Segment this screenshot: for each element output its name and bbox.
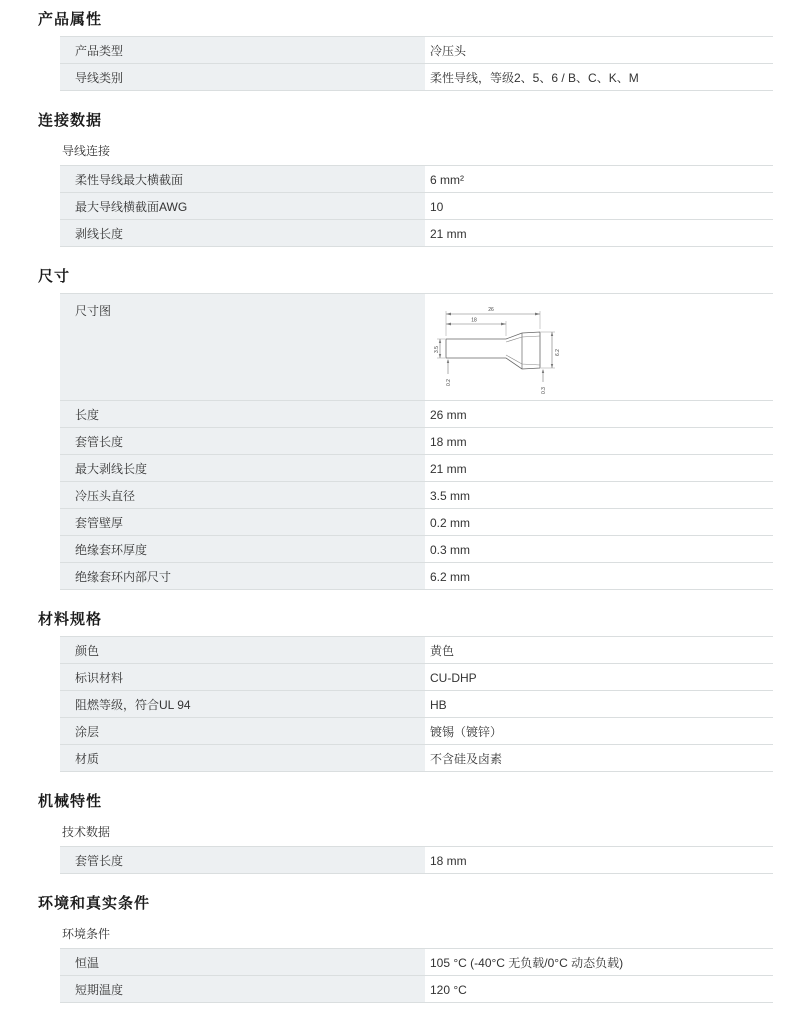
spec-label: 尺寸图	[60, 294, 425, 400]
table-row: 柔性导线最大横截面 6 mm²	[60, 166, 773, 193]
section-title: 环境和真实条件	[38, 892, 790, 913]
dim-collar-inner: 6.2	[555, 349, 561, 356]
spec-value: 0.2 mm	[425, 509, 773, 535]
section-title: 材料规格	[38, 608, 790, 629]
section-mechanical-properties: 机械特性 技术数据 套管长度 18 mm	[0, 790, 790, 874]
spec-label: 恒温	[60, 949, 425, 975]
table-row: 阻燃等级，符合UL 94 HB	[60, 691, 773, 718]
spec-label: 柔性导线最大横截面	[60, 166, 425, 192]
spec-value: 冷压头	[425, 37, 773, 63]
spec-label: 最大导线横截面AWG	[60, 193, 425, 219]
section-title: 产品属性	[38, 8, 790, 29]
spec-label: 标识材料	[60, 664, 425, 690]
spec-value: 3.5 mm	[425, 482, 773, 508]
spec-label: 最大剥线长度	[60, 455, 425, 481]
dim-crimp-diameter: 3.5	[434, 346, 440, 353]
spec-table: 柔性导线最大横截面 6 mm² 最大导线横截面AWG 10 剥线长度 21 mm	[60, 165, 773, 247]
spec-label: 涂层	[60, 718, 425, 744]
table-row: 剥线长度 21 mm	[60, 220, 773, 247]
spec-table: 颜色 黄色 标识材料 CU-DHP 阻燃等级，符合UL 94 HB 涂层 镀锡（…	[60, 636, 773, 772]
spec-label: 长度	[60, 401, 425, 427]
table-row: 长度 26 mm	[60, 401, 773, 428]
spec-label: 短期温度	[60, 976, 425, 1002]
dim-collar-wall: 0.3	[541, 387, 547, 394]
spec-label: 剥线长度	[60, 220, 425, 246]
diagram-row: 尺寸图 26	[60, 294, 773, 401]
table-row: 套管长度 18 mm	[60, 847, 773, 874]
spec-value: 120 °C	[425, 976, 773, 1002]
spec-label: 导线类别	[60, 64, 425, 90]
section-title: 尺寸	[38, 265, 790, 286]
subsection-heading: 环境条件	[62, 925, 790, 942]
spec-value: 6 mm²	[425, 166, 773, 192]
spec-value: 6.2 mm	[425, 563, 773, 589]
spec-value: 105 °C (-40°C 无负载/0°C 动态负载)	[425, 949, 773, 975]
section-connection-data: 连接数据 导线连接 柔性导线最大横截面 6 mm² 最大导线横截面AWG 10 …	[0, 109, 790, 247]
dim-sleeve-length: 18	[471, 318, 477, 324]
subsection-heading: 技术数据	[62, 823, 790, 840]
subsection-heading: 导线连接	[62, 142, 790, 159]
spec-table: 恒温 105 °C (-40°C 无负载/0°C 动态负载) 短期温度 120 …	[60, 948, 773, 1003]
spec-label: 绝缘套环内部尺寸	[60, 563, 425, 589]
section-title: 机械特性	[38, 790, 790, 811]
section-environmental-conditions: 环境和真实条件 环境条件 恒温 105 °C (-40°C 无负载/0°C 动态…	[0, 892, 790, 1003]
diagram-cell: 26 18 3.5 0.2	[425, 294, 773, 400]
table-row: 最大剥线长度 21 mm	[60, 455, 773, 482]
table-row: 冷压头直径 3.5 mm	[60, 482, 773, 509]
spec-value: HB	[425, 691, 773, 717]
table-row: 材质 不含硅及卤素	[60, 745, 773, 772]
spec-label: 阻燃等级，符合UL 94	[60, 691, 425, 717]
spec-label: 绝缘套环厚度	[60, 536, 425, 562]
spec-value: 18 mm	[425, 847, 773, 873]
table-row: 导线类别 柔性导线，等级2、5、6 / B、C、K、M	[60, 64, 773, 91]
table-row: 短期温度 120 °C	[60, 976, 773, 1003]
table-row: 颜色 黄色	[60, 637, 773, 664]
spec-value: 21 mm	[425, 220, 773, 246]
table-row: 绝缘套环厚度 0.3 mm	[60, 536, 773, 563]
spec-table: 套管长度 18 mm	[60, 846, 773, 874]
spec-table: 尺寸图 26	[60, 293, 773, 590]
section-material-specs: 材料规格 颜色 黄色 标识材料 CU-DHP 阻燃等级，符合UL 94 HB 涂…	[0, 608, 790, 772]
spec-value: 镀锡（镀锌）	[425, 718, 773, 744]
spec-value: 黄色	[425, 637, 773, 663]
spec-label: 套管壁厚	[60, 509, 425, 535]
spec-label: 冷压头直径	[60, 482, 425, 508]
spec-label: 套管长度	[60, 847, 425, 873]
spec-value: 21 mm	[425, 455, 773, 481]
spec-value: 0.3 mm	[425, 536, 773, 562]
section-product-attributes: 产品属性 产品类型 冷压头 导线类别 柔性导线，等级2、5、6 / B、C、K、…	[0, 8, 790, 91]
spec-label: 颜色	[60, 637, 425, 663]
ferrule-dimension-drawing: 26 18 3.5 0.2	[434, 298, 584, 396]
table-row: 套管壁厚 0.2 mm	[60, 509, 773, 536]
spec-value: CU-DHP	[425, 664, 773, 690]
spec-value: 10	[425, 193, 773, 219]
spec-value: 柔性导线，等级2、5、6 / B、C、K、M	[425, 64, 773, 90]
dim-overall-length: 26	[488, 307, 494, 313]
spec-table: 产品类型 冷压头 导线类别 柔性导线，等级2、5、6 / B、C、K、M	[60, 36, 773, 91]
spec-value: 18 mm	[425, 428, 773, 454]
table-row: 标识材料 CU-DHP	[60, 664, 773, 691]
spec-value: 不含硅及卤素	[425, 745, 773, 771]
table-row: 套管长度 18 mm	[60, 428, 773, 455]
table-row: 涂层 镀锡（镀锌）	[60, 718, 773, 745]
spec-label: 套管长度	[60, 428, 425, 454]
table-row: 恒温 105 °C (-40°C 无负载/0°C 动态负载)	[60, 949, 773, 976]
table-row: 最大导线横截面AWG 10	[60, 193, 773, 220]
table-row: 绝缘套环内部尺寸 6.2 mm	[60, 563, 773, 590]
spec-label: 材质	[60, 745, 425, 771]
spec-label: 产品类型	[60, 37, 425, 63]
table-row: 产品类型 冷压头	[60, 37, 773, 64]
dim-sleeve-wall: 0.2	[446, 379, 452, 386]
section-title: 连接数据	[38, 109, 790, 130]
section-dimensions: 尺寸 尺寸图	[0, 265, 790, 590]
spec-value: 26 mm	[425, 401, 773, 427]
